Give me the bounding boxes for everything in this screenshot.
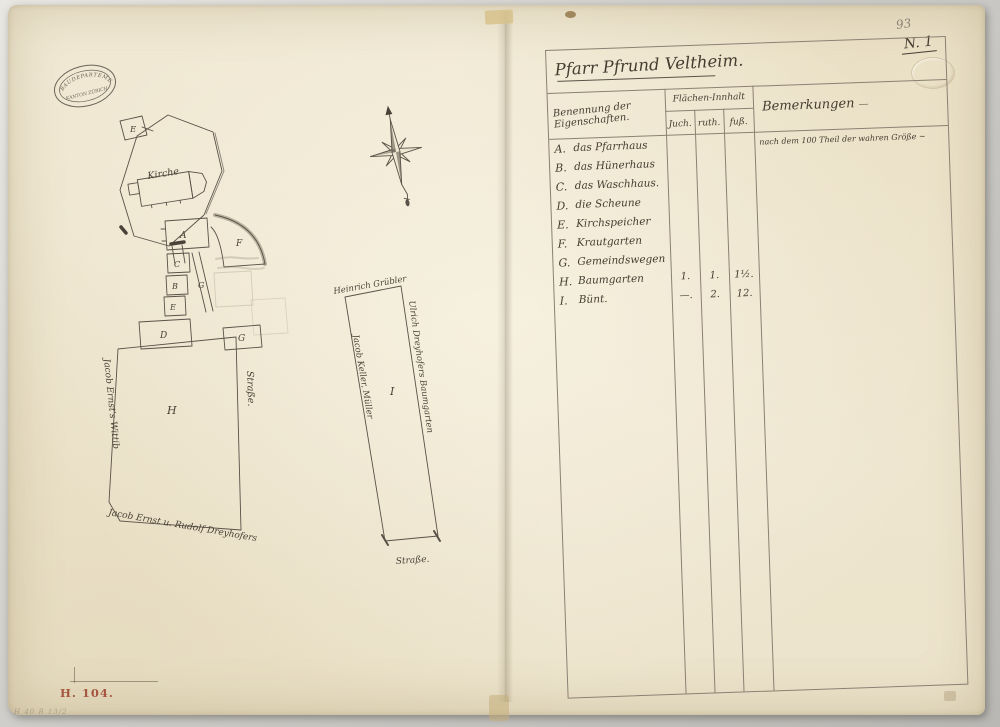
- row-juchart: [669, 214, 698, 215]
- column-header-remarks: Bemerkungen: [762, 96, 869, 115]
- row-fuss: [728, 250, 758, 251]
- stamp-text-bottom: KANTON ZÜRICH: [64, 84, 109, 102]
- row-fuss: [727, 231, 757, 232]
- mark-e: E: [169, 303, 176, 312]
- row-juchart: [667, 157, 696, 158]
- property-table: Pfarr Pfrund Veltheim. Benennung der Eig…: [545, 36, 968, 699]
- paper-smudge: [944, 691, 956, 701]
- row-fuss: [727, 212, 757, 213]
- boundary-h-left: Jacob Ernst's Wittib: [101, 356, 121, 450]
- unit-header-fuss: fuß.: [723, 108, 754, 133]
- folio-number: 93: [895, 16, 912, 32]
- row-ruthen: [698, 232, 727, 233]
- mark-g: G: [238, 334, 245, 344]
- row-fuss: [724, 136, 754, 137]
- row-key: E.: [557, 218, 572, 232]
- mark-c: C: [174, 260, 180, 269]
- row-key: A.: [554, 142, 569, 156]
- row-ruthen: [698, 213, 727, 214]
- mark-d: D: [159, 331, 167, 341]
- row-key: D.: [556, 199, 571, 213]
- inventory-stamp: H. 104.: [60, 686, 114, 700]
- row-juchart: —.: [671, 290, 700, 302]
- boundary-i-bottom: Straße.: [396, 555, 430, 567]
- church-label: Kirche: [146, 166, 180, 182]
- row-juchart: [670, 252, 699, 253]
- unit-header-ruthen: ruth.: [694, 109, 724, 134]
- row-juchart: [668, 195, 697, 196]
- corner-line: [74, 667, 75, 683]
- unit-header-juchart: Juch.: [665, 110, 695, 135]
- row-label: das Hünerhaus: [574, 158, 666, 173]
- row-label: Gemeindswegen: [577, 253, 669, 268]
- scanned-archive-plan: { "page": { "folio": "93", "sheet_number…: [0, 0, 1000, 727]
- row-label: das Waschhaus.: [575, 177, 667, 192]
- row-ruthen: [696, 156, 725, 157]
- row-key: B.: [555, 161, 570, 175]
- row-label: das Pfarrhaus: [573, 139, 665, 154]
- row-ruthen: [699, 251, 728, 252]
- column-header-designation: Benennung der Eigenschaften.: [552, 97, 666, 131]
- row-label: Bünt.: [579, 291, 671, 306]
- row-key: G.: [558, 256, 573, 270]
- row-key: I.: [560, 294, 575, 308]
- row-key: H.: [559, 275, 574, 289]
- row-ruthen: [697, 194, 726, 195]
- row-key: C.: [556, 180, 571, 194]
- boundary-i-top: Heinrich Grübler: [332, 274, 408, 297]
- row-juchart: [667, 176, 696, 177]
- paper-sheet: Kirche E A F C B E G D G H I Jacob Ernst…: [8, 5, 985, 715]
- row-fuss: [725, 155, 755, 156]
- row-label: Krautgarten: [577, 234, 669, 249]
- row-ruthen: [696, 175, 725, 176]
- table-title: Pfarr Pfrund Veltheim.: [554, 50, 744, 79]
- corner-line: [70, 681, 158, 682]
- row-ruthen: 2.: [700, 289, 729, 301]
- row-key: F.: [558, 237, 573, 251]
- boundary-h-right: Straße.: [244, 371, 256, 407]
- row-remark: nach dem 100 Theil der wahren Größe ~: [759, 131, 945, 146]
- mark-f: F: [235, 239, 243, 249]
- row-label: Kirchspeicher: [576, 215, 668, 230]
- row-juchart: [666, 138, 695, 139]
- tape-stain-bottom: [489, 695, 509, 721]
- row-fuss: 1½.: [729, 269, 759, 281]
- mark-a: A: [179, 231, 187, 241]
- row-juchart: [669, 233, 698, 234]
- row-ruthen: 1.: [700, 270, 729, 282]
- row-ruthen: [695, 137, 724, 138]
- row-juchart: 1.: [671, 271, 700, 283]
- mark-h: H: [166, 404, 177, 417]
- boundary-h-bottom: Jacob Ernst u. Rudolf Dreyhofers: [106, 508, 259, 544]
- row-fuss: 12.: [729, 288, 759, 300]
- row-fuss: [726, 193, 756, 194]
- row-fuss: [725, 174, 755, 175]
- parcel-h-outline: [109, 319, 262, 530]
- mark-i: I: [389, 385, 395, 398]
- tape-stain-top: [485, 9, 514, 24]
- mark-b: B: [171, 282, 178, 291]
- paper-speck: [565, 11, 576, 18]
- boundary-i-left: Jacob Keller, Müller: [350, 332, 375, 421]
- compass-rose: [362, 101, 431, 211]
- mark-annex-e: E: [129, 125, 137, 135]
- row-label: Baumgarten: [578, 272, 670, 287]
- pencil-note: H 40 B 13/2: [14, 708, 68, 716]
- mark-g-strip: G: [198, 281, 205, 290]
- row-label: die Scheune: [575, 196, 667, 211]
